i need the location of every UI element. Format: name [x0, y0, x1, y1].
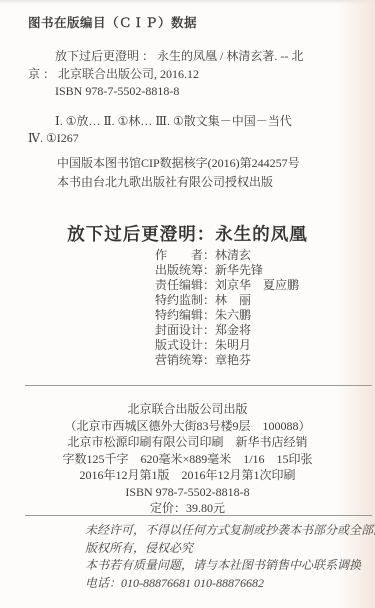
credit-value: 郑金将 — [215, 323, 251, 337]
cip-record-line-2: 京 ： 北京联合出版公司, 2016.12 — [28, 66, 353, 84]
format-specs-line: 字数125千字 620毫米×889毫米 1/16 15印张 — [0, 451, 375, 468]
credit-value: 章艳芬 — [215, 353, 251, 367]
book-copyright-page: { "doc": { "cip_header": "图书在版编目（ＣＩＰ）数据"… — [0, 0, 375, 608]
cip-registration-number: 中国版本图书馆CIP数据核字(2016)第244257号 — [57, 154, 300, 173]
credit-label: 出版统筹： — [155, 263, 215, 277]
credit-value: 刘京华 夏应鹏 — [215, 278, 299, 292]
credit-label: 特约监制： — [155, 293, 215, 307]
credit-row-marketing-coordinator: 营销统筹：章艳芬 — [155, 353, 299, 368]
credit-value: 朱明月 — [215, 338, 251, 352]
credit-label: 责任编辑： — [155, 278, 215, 292]
credit-row-publishing-coordinator: 出版统筹：新华先锋 — [155, 263, 299, 278]
credit-row-special-supervisor: 特约监制：林 丽 — [155, 293, 299, 308]
contact-phone-line: 电话：010-88876681 010-88876682 — [85, 575, 365, 593]
cip-registration-block: 中国版本图书馆CIP数据核字(2016)第244257号 本书由台北九歌出版社有… — [57, 154, 300, 192]
credit-label: 营销统筹： — [155, 353, 215, 367]
edition-printing-line: 2016年12月第1版 2016年12月第1次印刷 — [0, 467, 375, 484]
credit-row-responsible-editor: 责任编辑：刘京华 夏应鹏 — [155, 278, 299, 293]
quality-exchange-notice: 本书若有质量问题，请与本社图书销售中心联系调换 — [85, 557, 365, 575]
credit-row-cover-design: 封面设计：郑金将 — [155, 323, 299, 338]
cip-data-header: 图书在版编目（ＣＩＰ）数据 — [28, 13, 197, 31]
classification-line-2: Ⅳ. ①I267 — [28, 130, 358, 147]
credit-label: 版式设计： — [155, 338, 215, 352]
printer-distributor-line: 北京市松源印刷有限公司印刷 新华书店经销 — [0, 434, 375, 451]
credit-label: 封面设计： — [155, 323, 215, 337]
license-statement: 本书由台北九歌出版社有限公司授权出版 — [57, 173, 300, 192]
publication-info-block: 北京联合出版公司出版 （北京市西城区德外大街83号楼9层 100088） 北京市… — [0, 401, 375, 517]
publisher-address: （北京市西城区德外大街83号楼9层 100088） — [0, 418, 375, 435]
cip-record-line-1: 放下过后更澄明 ： 永生的凤凰 / 林清玄著. -- 北 — [28, 48, 353, 66]
credit-row-author: 作 者：林清玄 — [155, 248, 299, 263]
credit-value: 林清玄 — [215, 248, 251, 262]
publisher-line: 北京联合出版公司出版 — [0, 401, 375, 418]
divider-rule-bottom — [25, 515, 372, 516]
cip-record-isbn: ISBN 978-7-5502-8818-8 — [28, 83, 353, 101]
credits-block: 作 者：林清玄 出版统筹：新华先锋 责任编辑：刘京华 夏应鹏 特约监制：林 丽 … — [155, 248, 299, 368]
credit-value: 朱六鹏 — [215, 308, 251, 322]
isbn-line: ISBN 978-7-5502-8818-8 — [0, 484, 375, 501]
no-copy-notice: 未经许可，不得以任何方式复制或抄袭本书部分或全部内容 — [85, 522, 365, 540]
cip-record-block: 放下过后更澄明 ： 永生的凤凰 / 林清玄著. -- 北 京 ： 北京联合出版公… — [28, 48, 353, 101]
credit-row-layout-design: 版式设计：朱明月 — [155, 338, 299, 353]
rights-reserved-notice: 版权所有，侵权必究 — [85, 540, 365, 558]
cip-classification-block: Ⅰ. ①放… Ⅱ. ①林… Ⅲ. ①散文集－中国－当代 Ⅳ. ①I267 — [28, 113, 358, 146]
credit-row-special-editor: 特约编辑：朱六鹏 — [155, 308, 299, 323]
credit-value: 新华先锋 — [215, 263, 263, 277]
classification-line-1: Ⅰ. ①放… Ⅱ. ①林… Ⅲ. ①散文集－中国－当代 — [28, 113, 358, 130]
book-title: 放下过后更澄明：永生的凤凰 — [0, 221, 375, 246]
credit-label: 作 者： — [155, 248, 215, 262]
divider-rule-top — [25, 385, 372, 386]
copyright-notice-block: 未经许可，不得以任何方式复制或抄袭本书部分或全部内容 版权所有，侵权必究 本书若… — [85, 522, 365, 593]
credit-label: 特约编辑： — [155, 308, 215, 322]
credit-value: 林 丽 — [215, 293, 251, 307]
